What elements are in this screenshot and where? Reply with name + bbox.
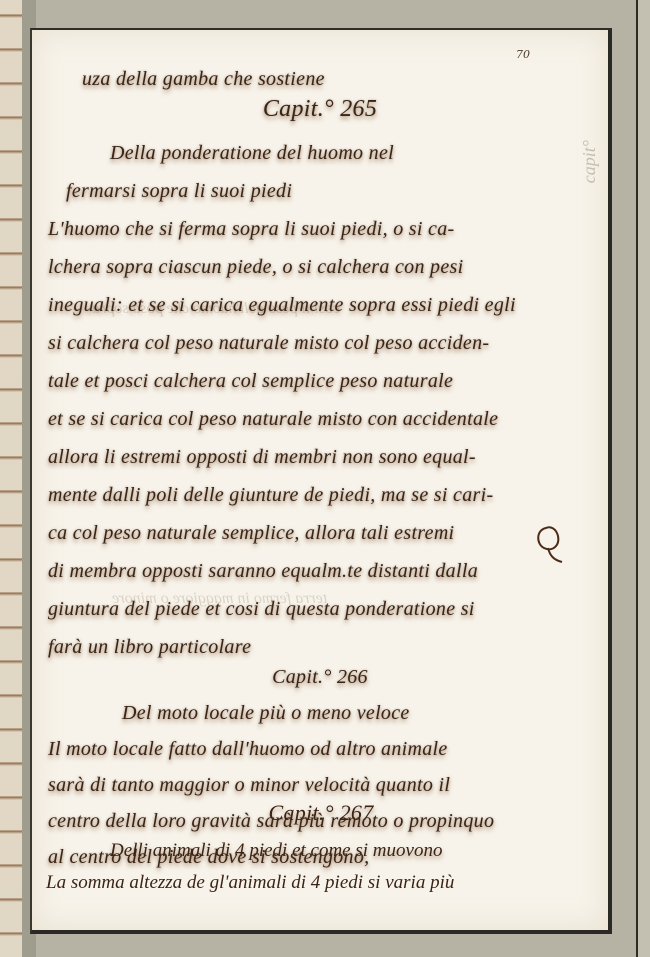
text-line: giuntura del piede et cosi di questa pon… — [48, 598, 475, 621]
text-line: Il moto locale fatto dall'huomo od altro… — [48, 738, 448, 761]
adjacent-page-edge — [0, 0, 22, 957]
chapter-title: fermarsi sopra li suoi piedi — [66, 180, 292, 203]
text-line: L'huomo che si ferma sopra li suoi piedi… — [48, 218, 454, 241]
text-line: ca col peso naturale semplice, allora ta… — [48, 522, 454, 545]
manuscript-page: 70 cosi il peso dell'huomo che posa sopr… — [30, 28, 612, 934]
text-line: et se si carica col peso naturale misto … — [48, 408, 498, 431]
text-line: La somma altezza de gl'animali di 4 pied… — [46, 872, 454, 894]
text-line: farà un libro particolare — [48, 636, 251, 659]
text-line: sarà di tanto maggior o minor velocità q… — [48, 774, 450, 797]
flourish-ornament-icon — [532, 524, 566, 568]
chapter-title: Della ponderatione del huomo nel — [110, 142, 394, 165]
text-line: ineguali: et se si carica egualmente sop… — [48, 294, 516, 317]
text-line: allora li estremi opposti di membri non … — [48, 446, 476, 469]
chapter-heading: Capit.° 266 — [32, 666, 608, 689]
chapter-heading: Capit.° 267 — [30, 800, 612, 826]
text-line: tale et posci calchera col semplice peso… — [48, 370, 453, 393]
text-line: uza della gamba che sostiene — [82, 68, 325, 91]
mount-margin — [638, 0, 650, 957]
chapter-heading: Capit.° 265 — [32, 96, 608, 123]
manuscript-text: uza della gamba che sostiene Capit.° 265… — [32, 30, 608, 930]
chapter-title: Delli animali di 4 piedi et come si muov… — [110, 840, 442, 862]
text-line: mente dalli poli delle giunture de piedi… — [48, 484, 493, 507]
chapter-title: Del moto locale più o meno veloce — [122, 702, 410, 725]
text-line: di membra opposti saranno equalm.te dist… — [48, 560, 478, 583]
text-line: lchera sopra ciascun piede, o si calcher… — [48, 256, 463, 279]
text-line: si calchera col peso naturale misto col … — [48, 332, 489, 355]
